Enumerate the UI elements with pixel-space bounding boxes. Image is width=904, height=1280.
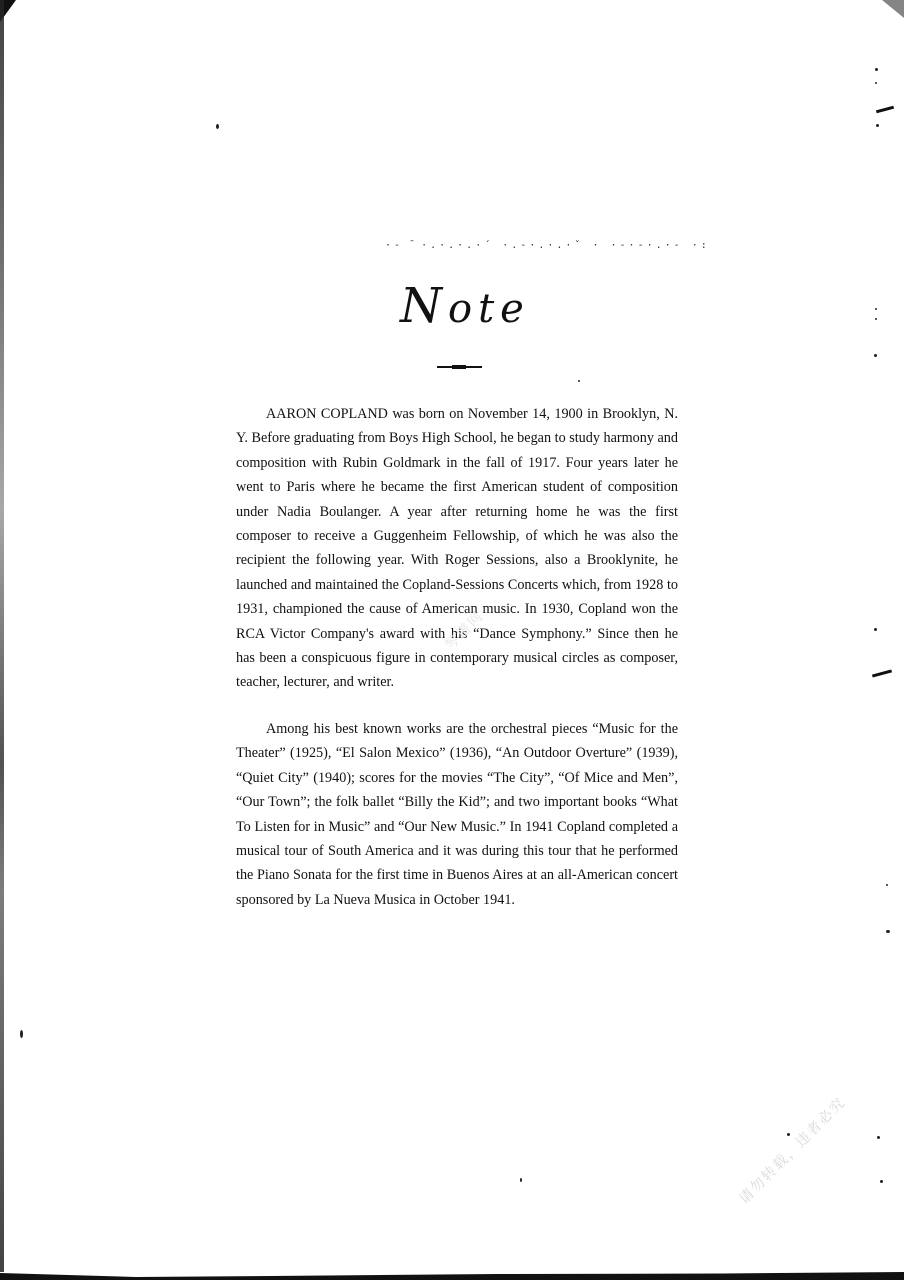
- scan-speck: [886, 930, 890, 933]
- scan-speck: [875, 68, 878, 71]
- scan-left-edge: [0, 0, 4, 1272]
- scan-speck: [520, 1178, 522, 1182]
- scan-mark: [876, 106, 894, 114]
- scan-corner-artifact: [882, 0, 904, 18]
- scan-speck: [877, 1136, 880, 1139]
- paragraph-works: Among his best known works are the orche…: [236, 717, 678, 912]
- page-title: Note: [400, 278, 530, 334]
- watermark: 请勿转载，违者必究: [734, 1092, 850, 1208]
- scan-speck: [20, 1030, 23, 1038]
- faint-dotted-mark: ·‐ ̄ ·.·.·.·´ ·.-·.·.·ˇ · ·-·-·.·‐ ·:: [385, 240, 675, 260]
- title-ornament-rule: [437, 366, 482, 368]
- scan-mark: [872, 669, 892, 677]
- scan-speck: [875, 318, 877, 320]
- scan-speck: [578, 380, 580, 382]
- scan-speck: [875, 308, 877, 310]
- biography-text: AARON COPLAND was born on November 14, 1…: [236, 402, 678, 912]
- scan-speck: [876, 124, 879, 127]
- scan-speck: [874, 354, 877, 357]
- scan-speck: [880, 1180, 883, 1183]
- scan-speck: [874, 628, 877, 631]
- title-rest: ote: [448, 286, 530, 332]
- scan-bottom-edge: [0, 1270, 904, 1280]
- scan-speck: [216, 124, 219, 129]
- scan-speck: [875, 82, 877, 84]
- scan-speck: [787, 1133, 790, 1136]
- scan-speck: [886, 884, 888, 886]
- title-initial: N: [400, 278, 448, 334]
- scanned-page: ·‐ ̄ ·.·.·.·´ ·.-·.·.·ˇ · ·-·-·.·‐ ·: No…: [0, 0, 904, 1280]
